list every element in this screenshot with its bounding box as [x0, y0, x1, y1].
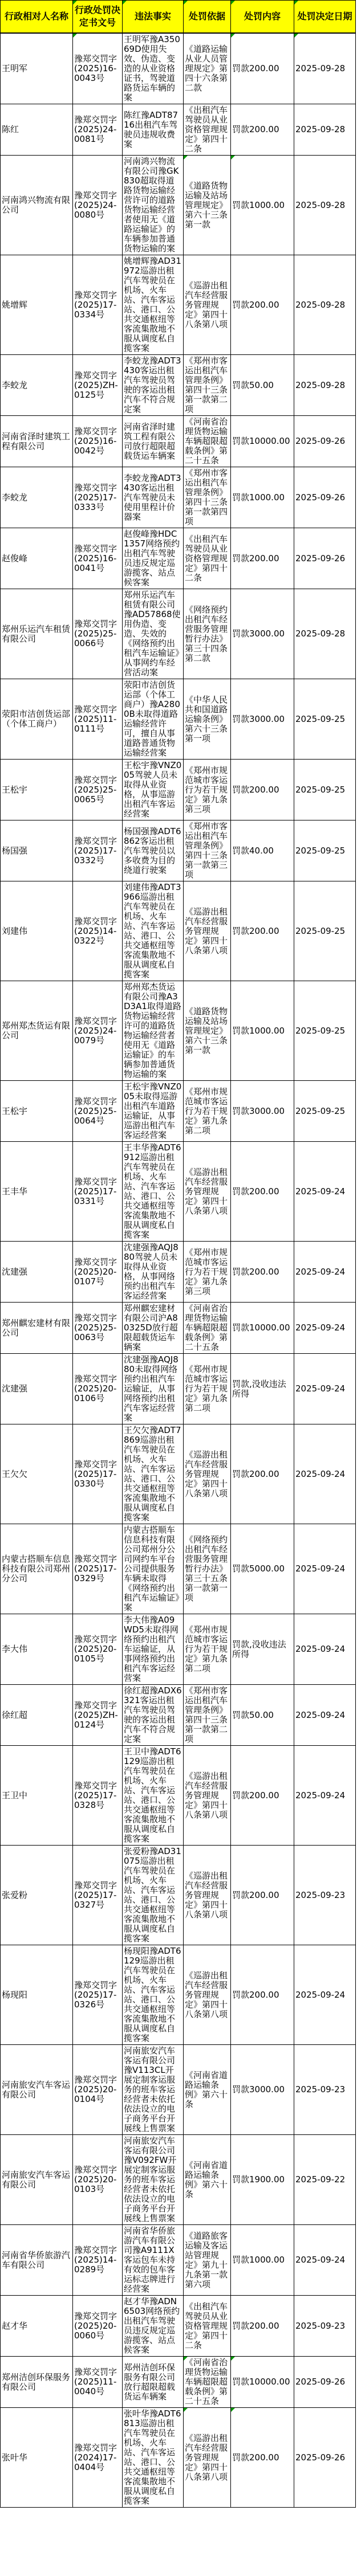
doc-number-cell: 豫郑交罚字(2025)ZH-0125号: [73, 355, 123, 416]
entity-name-cell: 杨现阳: [1, 1945, 73, 2045]
facts-cell: 王丰华豫ADT6912巡游出租汽车驾驶员在机场、火车站、汽车客运站、港口、公共交…: [123, 1142, 184, 1242]
table-row: 陈红豫郑交罚字(2025)24-0081号陈红豫ADT8716出租汽车驾驶员违规…: [1, 104, 356, 156]
basis-cell: 《河南省道路运输条例》第六十条: [184, 2045, 231, 2135]
table-row: 郑州乐运汽车租赁有限公司豫郑交罚字(2025)25-0066号郑州乐运汽车租赁有…: [1, 589, 356, 679]
facts-cell: 王明军豫A35069D使用失效、伪造、变造的从业资格证书，驾驶道路货运车辆的案: [123, 33, 184, 104]
penalty-cell: 罚款3000.00: [231, 1081, 294, 1142]
date-cell: 2025-09-28: [294, 589, 356, 679]
doc-number-cell: 豫郑交罚字(2024)17-0404号: [73, 2408, 123, 2508]
table-row: 内蒙古搭顺车信息科技有限公司郑州分公司豫郑交罚字(2025)17-0329号内蒙…: [1, 1524, 356, 1614]
table-row: 王丰华豫郑交罚字(2025)17-0331号王丰华豫ADT6912巡游出租汽车驾…: [1, 1142, 356, 1242]
date-cell: 2025-09-25: [294, 820, 356, 881]
facts-cell: 李蛟龙豫ADT3430客运出租汽车驾驶员未使用里程计价器案: [123, 467, 184, 528]
doc-number-cell: 豫郑交罚字(2025)24-0081号: [73, 104, 123, 156]
table-row: 河南鸿兴物流有限公司豫郑交罚字(2025)24-0080号河南鸿兴物流有限公司豫…: [1, 156, 356, 255]
basis-cell: 《网络预约出租汽车经营服务管理暂行办法》第三十五条第一款第一项: [184, 1524, 231, 1614]
facts-cell: 郑州洁创环保服务有限公司放行超限超载货运车辆案: [123, 2357, 184, 2408]
entity-name-cell: 河南省华侨旅游汽车有限公司: [1, 2225, 73, 2296]
column-header-4: 处罚依据: [184, 1, 231, 34]
facts-cell: 河南鸿兴物流有限公司豫GK830超取得道路货物运输经营许可的道路货物运输经营者使…: [123, 156, 184, 255]
date-cell: 2025-09-24: [294, 1303, 356, 1354]
doc-number-cell: 豫郑交罚字(2025)17-0328号: [73, 1746, 123, 1846]
entity-name-cell: 河南旅安汽车客运有限公司: [1, 2045, 73, 2135]
entity-name-cell: 王卫中: [1, 1746, 73, 1846]
table-row: 杨国强豫郑交罚字(2025)17-0332号杨国强豫ADT6862客运出租汽车驾…: [1, 820, 356, 881]
facts-cell: 王松宇豫VNZ005驾驶人员未取得从业资格，从事巡游出租汽车客运经营案: [123, 760, 184, 820]
table-row: 姚增辉豫郑交罚字(2025)17-0334号姚增辉豫AD31972巡游出租汽车驾…: [1, 255, 356, 355]
date-cell: 2025-09-24: [294, 2225, 356, 2296]
entity-name-cell: 徐红超: [1, 1685, 73, 1746]
date-cell: 2025-09-24: [294, 1242, 356, 1303]
date-cell: 2025-09-23: [294, 2045, 356, 2135]
table-row: 河南省泽时建筑工程有限公司豫郑交罚字(2025)16-0042号河南省泽时建筑工…: [1, 416, 356, 467]
doc-number-cell: 豫郑交罚字(2025)20-0103号: [73, 2135, 123, 2225]
table-row: 赵俊峰豫郑交罚字(2025)16-0041号赵俊峰豫HDC1357网络预约出租汽…: [1, 528, 356, 589]
table-row: 张爱粉豫郑交罚字(2025)17-0327号张爱粉豫AD31075巡游出租汽车驾…: [1, 1846, 356, 1945]
penalty-cell: 罚款200.00: [231, 1424, 294, 1524]
table-row: 王松宇豫郑交罚字(2025)25-0064号王松宇豫VNZ005未取得巡游出租汽…: [1, 1081, 356, 1142]
doc-number-cell: 豫郑交罚字(2025)17-0329号: [73, 1524, 123, 1614]
doc-number-cell: 豫郑交罚字(2025)17-0332号: [73, 820, 123, 881]
date-cell: 2025-09-24: [294, 1945, 356, 2045]
penalty-cell: 罚款200.00: [231, 1242, 294, 1303]
table-row: 河南旅安汽车客运有限公司豫郑交罚字(2025)20-0103号河南旅安汽车客运有…: [1, 2135, 356, 2225]
column-header-6: 处罚决定日期: [294, 1, 356, 34]
date-cell: 2025-09-24: [294, 1424, 356, 1524]
penalty-cell: 罚款5000.00: [231, 1524, 294, 1614]
doc-number-cell: 豫郑交罚字(2025)20-0060号: [73, 2296, 123, 2357]
penalty-cell: 罚款3000.00: [231, 679, 294, 760]
date-cell: 2025-09-28: [294, 255, 356, 355]
facts-cell: 张爱粉豫AD31075巡游出租汽车驾驶员在机场、火车站、汽车客运站、港口、公共交…: [123, 1846, 184, 1945]
penalty-cell: 罚款,没收违法所得: [231, 1354, 294, 1424]
facts-cell: 李蛟龙豫ADT3430客运出租汽车驾驶员驾驶的客运出租汽车不符合规定案: [123, 355, 184, 416]
table-row: 王明军豫郑交罚字(2025)16-0043号王明军豫A35069D使用失效、伪造…: [1, 33, 356, 104]
date-cell: 2025-09-25: [294, 679, 356, 760]
facts-cell: 郑州郑杰货运有限公司豫A3D3A1取得道路货物运输经营许可的道路货物运输经营者使…: [123, 981, 184, 1081]
basis-cell: 《郑州市规范城市客运行为若干规定》第九条第二项: [184, 1081, 231, 1142]
entity-name-cell: 王明军: [1, 33, 73, 104]
penalty-cell: 罚款200.00: [231, 104, 294, 156]
entity-name-cell: 河南鸿兴物流有限公司: [1, 156, 73, 255]
basis-cell: 《巡游出租汽车经营服务管理规定》第四十八条第八项: [184, 1746, 231, 1846]
facts-cell: 王欠欠豫ADT7869巡游出租汽车驾驶员在机场、火车站、汽车客运站、港口、公共交…: [123, 1424, 184, 1524]
penalty-cell: 罚款3000.00: [231, 589, 294, 679]
facts-cell: 河南省华侨旅游汽车有限公司豫A9111X客运包车未持有效的包车客运标志牌进行经营…: [123, 2225, 184, 2296]
basis-cell: 《道路旅客运输及客运站管理规定》第九十九条第一款第六项: [184, 2225, 231, 2296]
entity-name-cell: 刘建伟: [1, 881, 73, 981]
doc-number-cell: 豫郑交罚字(2025)17-0326号: [73, 1945, 123, 2045]
date-cell: 2025-09-25: [294, 1081, 356, 1142]
basis-cell: 《巡游出租汽车经营服务管理规定》第四十八条第八项: [184, 1846, 231, 1945]
basis-cell: 《巡游出租汽车经营服务管理规定》第四十八条第八项: [184, 2408, 231, 2508]
facts-cell: 河南旅安汽车客运有限公司豫V092FW开展定制客运服务的班车客运经营者未依托依法…: [123, 2135, 184, 2225]
entity-name-cell: 荥阳市洁创货运部（个体工商户）: [1, 679, 73, 760]
doc-number-cell: 豫郑交罚字(2025)16-0041号: [73, 528, 123, 589]
doc-number-cell: 豫郑交罚字(2025)14-0289号: [73, 2225, 123, 2296]
date-cell: 2025-09-25: [294, 881, 356, 981]
entity-name-cell: 沈建强: [1, 1242, 73, 1303]
penalty-cell: 罚款1900.00: [231, 2135, 294, 2225]
column-header-1: 行政相对人名称: [1, 1, 73, 34]
table-row: 王松宇豫郑交罚字(2025)25-0065号王松宇豫VNZ005驾驶人员未取得从…: [1, 760, 356, 820]
table-row: 郑州麒宏建材有限公司豫郑交罚字(2025)25-0063号郑州麒宏建材有限公司沪…: [1, 1303, 356, 1354]
facts-cell: 王松宇豫VNZ005未取得巡游出租汽车道路运输证，从事巡游出租汽车客运经营案: [123, 1081, 184, 1142]
basis-cell: 《郑州市客运出租汽车管理条例》第四十三条第一款第二项: [184, 1685, 231, 1746]
penalty-cell: 罚款200.00: [231, 2408, 294, 2508]
entity-name-cell: 王松宇: [1, 1081, 73, 1142]
penalty-cell: 罚款3000.00: [231, 2045, 294, 2135]
date-cell: 2025-09-24: [294, 1685, 356, 1746]
doc-number-cell: 豫郑交罚字(2025)20-0104号: [73, 2045, 123, 2135]
basis-cell: 《网络预约出租汽车经营服务管理暂行办法》第三十四条第二款: [184, 589, 231, 679]
penalty-cell: 罚款,没收违法所得: [231, 1614, 294, 1685]
entity-name-cell: 姚增辉: [1, 255, 73, 355]
basis-cell: 《河南省治理货物运输车辆超限超载条例》第二十五条: [184, 416, 231, 467]
basis-cell: 《巡游出租汽车经营服务管理规定》第四十八条第八项: [184, 881, 231, 981]
date-cell: 2025-09-28: [294, 33, 356, 104]
basis-cell: 《巡游出租汽车经营服务管理规定》第四十八条第八项: [184, 1945, 231, 2045]
date-cell: 2025-09-23: [294, 1846, 356, 1945]
basis-cell: 《河南省治理货物运输车辆超限超载条例》第二十五条: [184, 1303, 231, 1354]
penalty-cell: 罚款1000.00: [231, 156, 294, 255]
column-header-3: 违法事实: [123, 1, 184, 34]
facts-cell: 姚增辉豫AD31972巡游出租汽车驾驶员在机场、火车站、汽车客运站、港口、公共交…: [123, 255, 184, 355]
entity-name-cell: 王丰华: [1, 1142, 73, 1242]
date-cell: 2025-09-26: [294, 2408, 356, 2508]
basis-cell: 《中华人民共和国道路运输条例》第六十三条第一项: [184, 679, 231, 760]
doc-number-cell: 豫郑交罚字(2025)17-0334号: [73, 255, 123, 355]
entity-name-cell: 杨国强: [1, 820, 73, 881]
entity-name-cell: 郑州洁创环保服务有限公司: [1, 2357, 73, 2408]
entity-name-cell: 赵才华: [1, 2296, 73, 2357]
table-row: 李蛟龙豫郑交罚字(2025)17-0333号李蛟龙豫ADT3430客运出租汽车驾…: [1, 467, 356, 528]
table-row: 徐红超豫郑交罚字(2025)ZH-0124号徐红超豫ADX6321客运出租汽车驾…: [1, 1685, 356, 1746]
table-row: 张叶华豫郑交罚字(2024)17-0404号张叶华豫ADT6813巡游出租汽车驾…: [1, 2408, 356, 2508]
penalty-cell: 罚款200.00: [231, 2296, 294, 2357]
penalty-cell: 罚款10000.00: [231, 1303, 294, 1354]
facts-cell: 张叶华豫ADT6813巡游出租汽车驾驶员在机场、火车站、汽车客运站、港口、公共交…: [123, 2408, 184, 2508]
penalty-cell: 罚款40.00: [231, 820, 294, 881]
doc-number-cell: 豫郑交罚字(2025)24-0079号: [73, 981, 123, 1081]
penalty-cell: 罚款1000.00: [231, 2225, 294, 2296]
table-row: 沈建强豫郑交罚字(2025)20-0106号沈建强豫AQJ880未取得网络预约出…: [1, 1354, 356, 1424]
penalty-cell: 罚款200.00: [231, 528, 294, 589]
date-cell: 2025-09-26: [294, 528, 356, 589]
penalty-cell: 罚款1000.00: [231, 467, 294, 528]
entity-name-cell: 李大伟: [1, 1614, 73, 1685]
basis-cell: 《河南省道路运输条例》第六十条: [184, 2135, 231, 2225]
facts-cell: 王卫中豫ADT6129巡游出租汽车驾驶员在机场、火车站、汽车客运站、港口、公共交…: [123, 1746, 184, 1846]
penalty-cell: 罚款200.00: [231, 1945, 294, 2045]
penalty-cell: 罚款200.00: [231, 255, 294, 355]
entity-name-cell: 王松宇: [1, 760, 73, 820]
table-row: 郑州郑杰货运有限公司豫郑交罚字(2025)24-0079号郑州郑杰货运有限公司豫…: [1, 981, 356, 1081]
facts-cell: 沈建强豫AQJ880未取得网络预约出租汽车运输证，从事网络预约出租汽车客运经营案: [123, 1354, 184, 1424]
doc-number-cell: 豫郑交罚字(2025)25-0063号: [73, 1303, 123, 1354]
table-header-row: 行政相对人名称行政处罚决定书文号违法事实处罚依据处罚内容处罚决定日期: [1, 1, 356, 34]
basis-cell: 《道路货物运输及站场管理规定》第六十三条第一款: [184, 156, 231, 255]
date-cell: 2025-09-28: [294, 355, 356, 416]
facts-cell: 河南省泽时建筑工程有限公司放行超限超载货运车辆案: [123, 416, 184, 467]
table-row: 荥阳市洁创货运部（个体工商户）豫郑交罚字(2025)11-0111号荥阳市洁创货…: [1, 679, 356, 760]
penalty-cell: 罚款10000.00: [231, 2357, 294, 2408]
basis-cell: 《郑州市客运出租汽车管理条例》第四十三条第一款第四项: [184, 467, 231, 528]
table-row: 李蛟龙豫郑交罚字(2025)ZH-0125号李蛟龙豫ADT3430客运出租汽车驾…: [1, 355, 356, 416]
penalty-cell: 罚款10000.00: [231, 416, 294, 467]
basis-cell: 《巡游出租汽车经营服务管理规定》第四十八条第八项: [184, 255, 231, 355]
doc-number-cell: 豫郑交罚字(2025)25-0065号: [73, 760, 123, 820]
doc-number-cell: 豫郑交罚字(2025)20-0105号: [73, 1614, 123, 1685]
column-header-2: 行政处罚决定书文号: [73, 1, 123, 34]
doc-number-cell: 豫郑交罚字(2025)ZH-0124号: [73, 1685, 123, 1746]
column-header-5: 处罚内容: [231, 1, 294, 34]
date-cell: 2025-09-26: [294, 2357, 356, 2408]
table-row: 沈建强豫郑交罚字(2025)20-0107号沈建强豫AQJ880驾驶人员未取得从…: [1, 1242, 356, 1303]
penalty-cell: 罚款200.00: [231, 1746, 294, 1846]
doc-number-cell: 豫郑交罚字(2025)25-0066号: [73, 589, 123, 679]
facts-cell: 郑州麒宏建材有限公司沪A80325D放行超限超载货运车辆案: [123, 1303, 184, 1354]
penalty-cell: 罚款200.00: [231, 760, 294, 820]
doc-number-cell: 豫郑交罚字(2025)17-0331号: [73, 1142, 123, 1242]
entity-name-cell: 郑州麒宏建材有限公司: [1, 1303, 73, 1354]
entity-name-cell: 河南省泽时建筑工程有限公司: [1, 416, 73, 467]
table-row: 河南省华侨旅游汽车有限公司豫郑交罚字(2025)14-0289号河南省华侨旅游汽…: [1, 2225, 356, 2296]
date-cell: 2025-09-25: [294, 981, 356, 1081]
doc-number-cell: 豫郑交罚字(2025)11-0111号: [73, 679, 123, 760]
table-row: 李大伟豫郑交罚字(2025)20-0105号李大伟豫A09WD5未取得网络预约出…: [1, 1614, 356, 1685]
date-cell: 2025-09-22: [294, 2135, 356, 2225]
entity-name-cell: 郑州乐运汽车租赁有限公司: [1, 589, 73, 679]
facts-cell: 赵俊峰豫HDC1357网络预约出租汽车驾驶员违反规定巡游揽客、站点候客案: [123, 528, 184, 589]
doc-number-cell: 豫郑交罚字(2025)17-0330号: [73, 1424, 123, 1524]
penalty-cell: 罚款200.00: [231, 1142, 294, 1242]
doc-number-cell: 豫郑交罚字(2025)20-0107号: [73, 1242, 123, 1303]
basis-cell: 《巡游出租汽车经营服务管理规定》第四十八条第八项: [184, 1142, 231, 1242]
entity-name-cell: 陈红: [1, 104, 73, 156]
entity-name-cell: 内蒙古搭顺车信息科技有限公司郑州分公司: [1, 1524, 73, 1614]
facts-cell: 刘建伟豫ADT3966巡游出租汽车驾驶员在机场、火车站、汽车客运站、港口、公共交…: [123, 881, 184, 981]
facts-cell: 沈建强豫AQJ880驾驶人员未取得从业资格，从事网络预约出租汽车客运经营案: [123, 1242, 184, 1303]
date-cell: 2025-09-28: [294, 156, 356, 255]
entity-name-cell: 张爱粉: [1, 1846, 73, 1945]
doc-number-cell: 豫郑交罚字(2025)20-0106号: [73, 1354, 123, 1424]
penalty-cell: 罚款50.00: [231, 355, 294, 416]
date-cell: 2025-09-24: [294, 1142, 356, 1242]
entity-name-cell: 李蛟龙: [1, 355, 73, 416]
facts-cell: 李大伟豫A09WD5未取得网络预约出租汽车运输证，从事网络预约出租汽车客运经营案: [123, 1614, 184, 1685]
penalty-cell: 罚款1000.00: [231, 981, 294, 1081]
date-cell: 2025-09-26: [294, 416, 356, 467]
table-row: 杨现阳豫郑交罚字(2025)17-0326号杨现阳豫ADT6129巡游出租汽车驾…: [1, 1945, 356, 2045]
penalty-cell: 罚款200.00: [231, 33, 294, 104]
table-row: 王欠欠豫郑交罚字(2025)17-0330号王欠欠豫ADT7869巡游出租汽车驾…: [1, 1424, 356, 1524]
date-cell: 2025-09-23: [294, 2296, 356, 2357]
table-row: 刘建伟豫郑交罚字(2025)14-0322号刘建伟豫ADT3966巡游出租汽车驾…: [1, 881, 356, 981]
date-cell: 2025-09-24: [294, 1614, 356, 1685]
facts-cell: 赵才华豫ADN6503网络预约出租汽车驾驶员违反规定巡游揽客、站点候客案: [123, 2296, 184, 2357]
facts-cell: 杨国强豫ADT6862客运出租汽车驾驶员以多收费为目的绕道行驶案: [123, 820, 184, 881]
basis-cell: 《出租汽车驾驶员从业资格管理规定》第四十二条: [184, 528, 231, 589]
doc-number-cell: 豫郑交罚字(2025)17-0327号: [73, 1846, 123, 1945]
penalty-cell: 罚款200.00: [231, 881, 294, 981]
basis-cell: 《郑州市客运出租汽车管理条例》第四十三条第一款第三项: [184, 820, 231, 881]
basis-cell: 《出租汽车驾驶员从业资格管理规定》第四十二条: [184, 2296, 231, 2357]
date-cell: 2025-09-24: [294, 1746, 356, 1846]
date-cell: 2025-09-24: [294, 1354, 356, 1424]
basis-cell: 《郑州市客运出租汽车管理条例》第四十三条第一款第二项: [184, 355, 231, 416]
basis-cell: 《郑州市规范城市客运行为若干规定》第九条第二项: [184, 1354, 231, 1424]
basis-cell: 《道路运输从业人员管理规定》第四十六条第二款: [184, 33, 231, 104]
facts-cell: 荥阳市洁创货运部（个体工商户）豫A2800B未取得道路运输经营许可，擅自从事道路…: [123, 679, 184, 760]
doc-number-cell: 豫郑交罚字(2025)24-0080号: [73, 156, 123, 255]
date-cell: 2025-09-24: [294, 1524, 356, 1614]
doc-number-cell: 豫郑交罚字(2025)25-0064号: [73, 1081, 123, 1142]
basis-cell: 《郑州市规范城市客运行为若干规定》第九条第二项: [184, 1614, 231, 1685]
doc-number-cell: 豫郑交罚字(2025)14-0322号: [73, 881, 123, 981]
facts-cell: 陈红豫ADT8716出租汽车驾驶员违规收费案: [123, 104, 184, 156]
basis-cell: 《道路货物运输及站场管理规定》第六十三条第一款: [184, 981, 231, 1081]
basis-cell: 《河南省治理货物运输车辆超限超载条例》第二十五条: [184, 2357, 231, 2408]
facts-cell: 内蒙古搭顺车信息科技有限公司郑州分公司网约车平台公司提供服务车辆未取得《网络预约…: [123, 1524, 184, 1614]
penalty-cell: 罚款50.00: [231, 1685, 294, 1746]
penalty-cell: 罚款200.00: [231, 1846, 294, 1945]
entity-name-cell: 河南旅安汽车客运有限公司: [1, 2135, 73, 2225]
penalty-table: 行政相对人名称行政处罚决定书文号违法事实处罚依据处罚内容处罚决定日期 王明军豫郑…: [0, 0, 356, 2508]
table-row: 王卫中豫郑交罚字(2025)17-0328号王卫中豫ADT6129巡游出租汽车驾…: [1, 1746, 356, 1846]
table-row: 赵才华豫郑交罚字(2025)20-0060号赵才华豫ADN6503网络预约出租汽…: [1, 2296, 356, 2357]
doc-number-cell: 豫郑交罚字(2025)11-0040号: [73, 2357, 123, 2408]
entity-name-cell: 王欠欠: [1, 1424, 73, 1524]
basis-cell: 《巡游出租汽车经营服务管理规定》第四十八条第八项: [184, 1424, 231, 1524]
basis-cell: 《郑州市规范城市客运行为若干规定》第九条第三项: [184, 1242, 231, 1303]
facts-cell: 河南旅安汽车客运有限公司豫V113CL开展定制客运服务的班车客运经营者未依托依法…: [123, 2045, 184, 2135]
facts-cell: 郑州乐运汽车租赁有限公司豫AD57868使用伪造、变造、失效的《网络预约出租汽车…: [123, 589, 184, 679]
entity-name-cell: 李蛟龙: [1, 467, 73, 528]
basis-cell: 《郑州市规范城市客运行为若干规定》第九条第三项: [184, 760, 231, 820]
facts-cell: 徐红超豫ADX6321客运出租汽车驾驶员驾驶的客运出租汽车不符合规定案: [123, 1685, 184, 1746]
facts-cell: 杨现阳豫ADT6129巡游出租汽车驾驶员在机场、火车站、汽车客运站、港口、公共交…: [123, 1945, 184, 2045]
doc-number-cell: 豫郑交罚字(2025)16-0043号: [73, 33, 123, 104]
entity-name-cell: 郑州郑杰货运有限公司: [1, 981, 73, 1081]
basis-cell: 《出租汽车驾驶员从业资格管理规定》第四十二条: [184, 104, 231, 156]
doc-number-cell: 豫郑交罚字(2025)16-0042号: [73, 416, 123, 467]
entity-name-cell: 张叶华: [1, 2408, 73, 2508]
table-row: 郑州洁创环保服务有限公司豫郑交罚字(2025)11-0040号郑州洁创环保服务有…: [1, 2357, 356, 2408]
entity-name-cell: 沈建强: [1, 1354, 73, 1424]
date-cell: 2025-09-26: [294, 467, 356, 528]
date-cell: 2025-09-28: [294, 104, 356, 156]
table-row: 河南旅安汽车客运有限公司豫郑交罚字(2025)20-0104号河南旅安汽车客运有…: [1, 2045, 356, 2135]
entity-name-cell: 赵俊峰: [1, 528, 73, 589]
doc-number-cell: 豫郑交罚字(2025)17-0333号: [73, 467, 123, 528]
date-cell: 2025-09-25: [294, 760, 356, 820]
